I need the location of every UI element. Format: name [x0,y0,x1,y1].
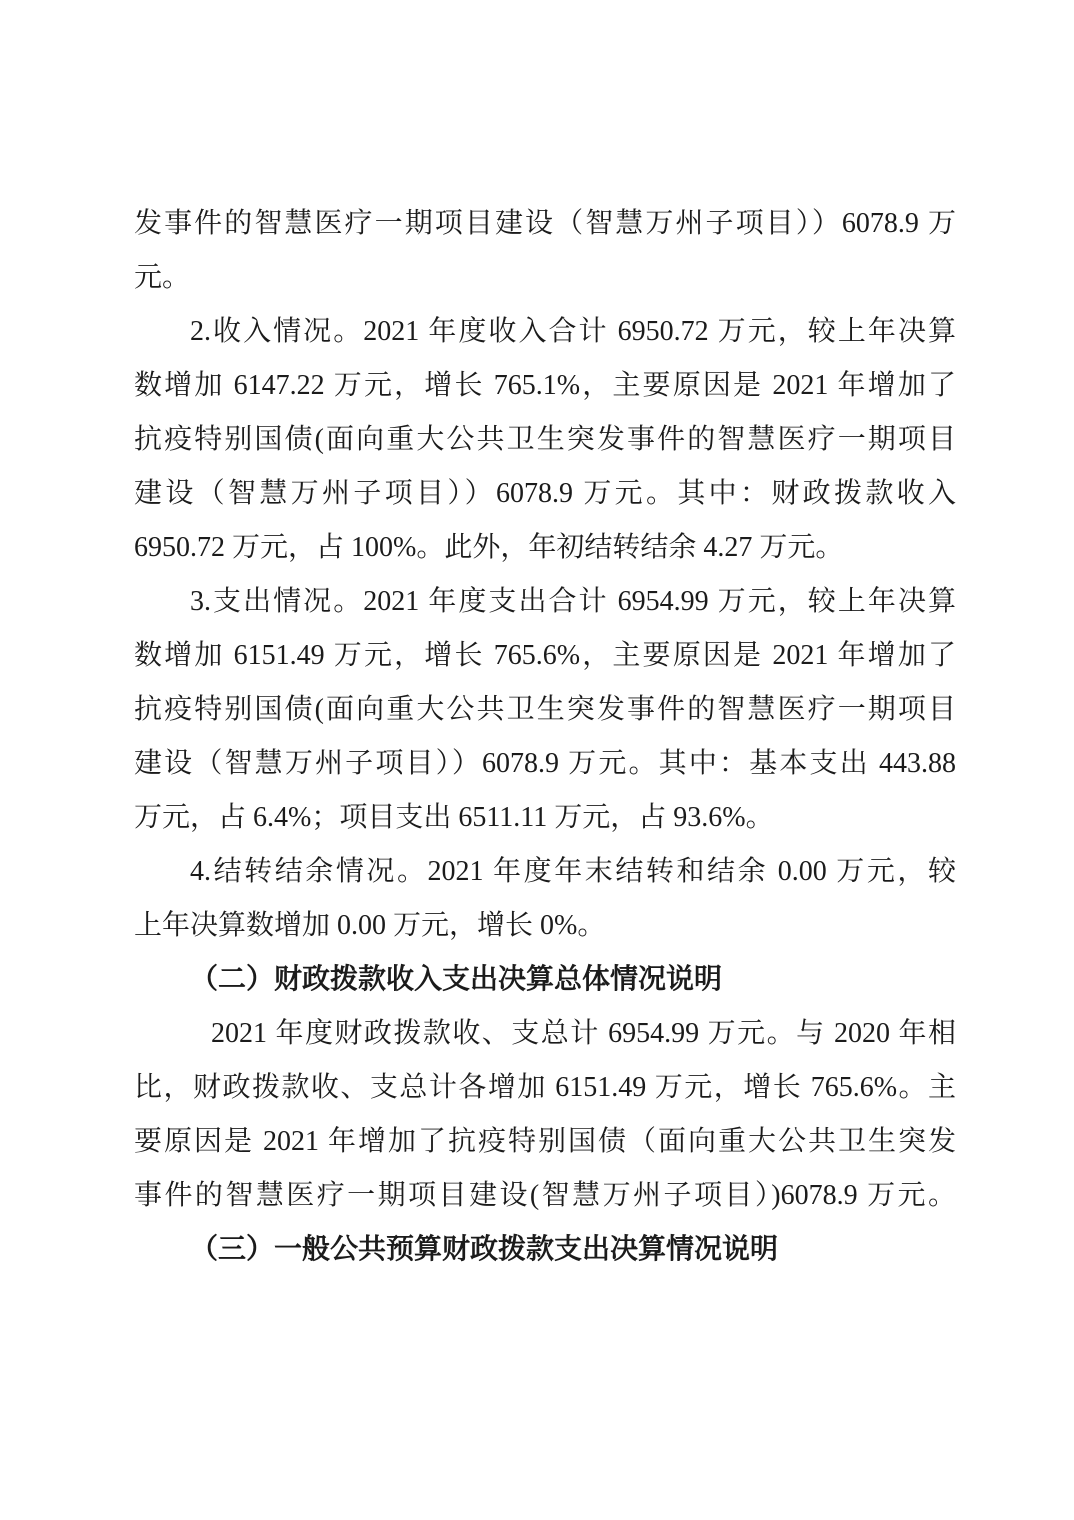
text-line: 2021 年度财政拨款收、支总计 6954.99 万元。与 2020 年相 [134,1007,956,1061]
text-line: 发事件的智慧医疗一期项目建设（智慧万州子项目））6078.9 万 [134,197,956,251]
text-line: 比，财政拨款收、支总计各增加 6151.49 万元，增长 765.6%。主 [134,1061,956,1115]
text-line: 数增加 6151.49 万元，增长 765.6%，主要原因是 2021 年增加了 [134,629,956,683]
text-line: 事件的智慧医疗一期项目建设(智慧万州子项目）)6078.9 万元。 [134,1169,956,1223]
paragraph-income: 2.收入情况。2021 年度收入合计 6950.72 万元，较上年决算 数增加 … [134,305,956,575]
paragraph-expenditure: 3.支出情况。2021 年度支出合计 6954.99 万元，较上年决算 数增加 … [134,575,956,845]
paragraph-continuation: 发事件的智慧医疗一期项目建设（智慧万州子项目））6078.9 万 元。 [134,197,956,305]
document-page: 发事件的智慧医疗一期项目建设（智慧万州子项目））6078.9 万 元。 2.收入… [0,0,1074,1520]
text-line: 2.收入情况。2021 年度收入合计 6950.72 万元，较上年决算 [134,305,956,359]
text-line: 抗疫特别国债(面向重大公共卫生突发事件的智慧医疗一期项目 [134,683,956,737]
text-line: 4.结转结余情况。2021 年度年末结转和结余 0.00 万元，较 [134,845,956,899]
text-line: 建设（智慧万州子项目））6078.9 万元。其中：基本支出 443.88 [134,737,956,791]
text-line: 6950.72 万元，占 100%。此外，年初结转结余 4.27 万元。 [134,521,956,575]
text-line: 元。 [134,251,956,305]
text-block: 发事件的智慧医疗一期项目建设（智慧万州子项目））6078.9 万 元。 2.收入… [134,197,956,1277]
heading-line: （三）一般公共预算财政拨款支出决算情况说明 [134,1223,956,1277]
text-line: 建设（智慧万州子项目））6078.9 万元。其中：财政拨款收入 [134,467,956,521]
text-line: 抗疫特别国债(面向重大公共卫生突发事件的智慧医疗一期项目 [134,413,956,467]
heading-line: （二）财政拨款收入支出决算总体情况说明 [134,953,956,1007]
paragraph-carryover: 4.结转结余情况。2021 年度年末结转和结余 0.00 万元，较 上年决算数增… [134,845,956,953]
text-line: 要原因是 2021 年增加了抗疫特别国债（面向重大公共卫生突发 [134,1115,956,1169]
text-line: 上年决算数增加 0.00 万元，增长 0%。 [134,899,956,953]
text-line: 万元，占 6.4%；项目支出 6511.11 万元，占 93.6%。 [134,791,956,845]
section-heading-3: （三）一般公共预算财政拨款支出决算情况说明 [134,1223,956,1277]
section-heading-2: （二）财政拨款收入支出决算总体情况说明 [134,953,956,1007]
text-line: 数增加 6147.22 万元，增长 765.1%，主要原因是 2021 年增加了 [134,359,956,413]
text-line: 3.支出情况。2021 年度支出合计 6954.99 万元，较上年决算 [134,575,956,629]
paragraph-fiscal-total: 2021 年度财政拨款收、支总计 6954.99 万元。与 2020 年相 比，… [134,1007,956,1223]
